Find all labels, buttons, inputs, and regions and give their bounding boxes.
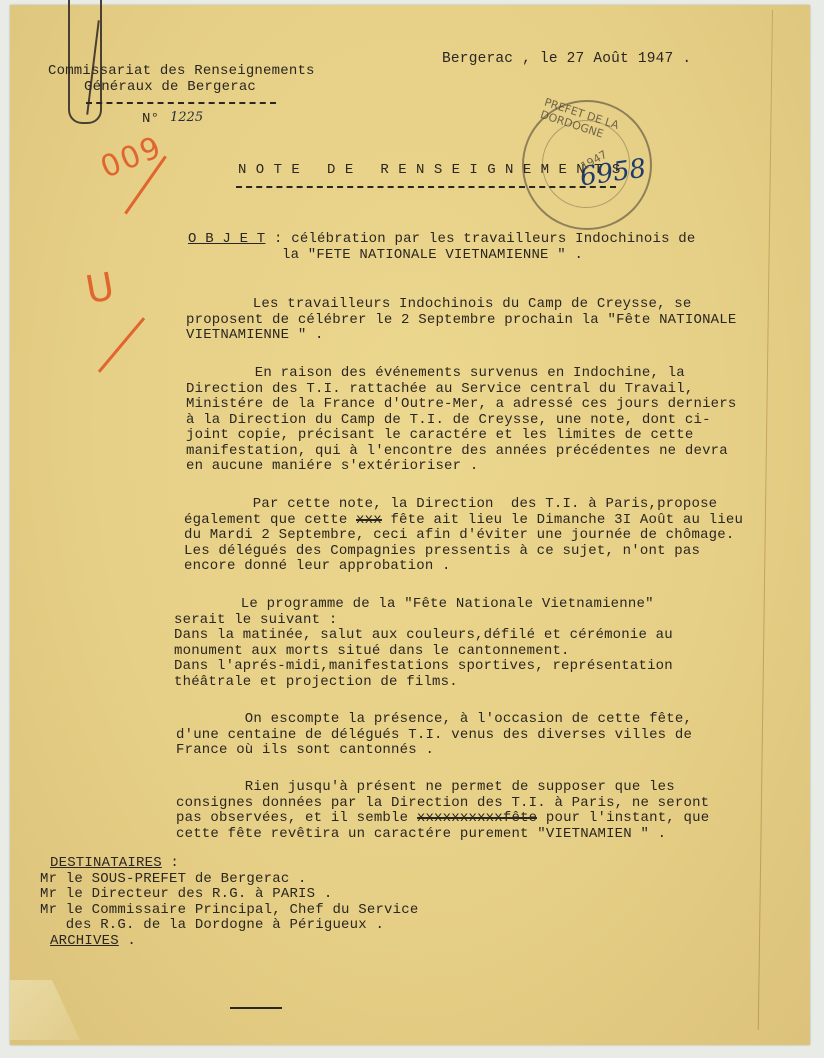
para3-line2-rest: fête ait lieu le Dimanche 3I Août au lie… (382, 512, 743, 528)
object-text-line2: la "FETE NATIONALE VIETNAMIENNE " . (282, 248, 583, 263)
object-colon: : (274, 231, 283, 247)
reference-number-label: N° (142, 112, 159, 127)
recipient-item: Mr le Commissaire Principal, Chef du Ser… (40, 903, 418, 918)
recipient-item: des R.G. de la Dordogne à Périgueux . (40, 918, 384, 933)
para2-line5: joint copie, précisant le caractére et l… (186, 428, 693, 443)
para4-line3: Dans la matinée, salut aux couleurs,défi… (174, 628, 673, 643)
para4-line6: théâtrale et projection de films. (174, 675, 458, 690)
recipients-heading-colon: : (162, 855, 179, 871)
reference-number-value: 1225 (170, 110, 203, 125)
object-label: O B J E T (188, 231, 265, 247)
header-divider (86, 102, 276, 104)
para2-line6: manifestation, qui à l'encontre des anné… (186, 444, 728, 459)
recipient-item: Mr le SOUS-PREFET de Bergerac . (40, 872, 307, 887)
recipients-heading-line: DESTINATAIRES : (50, 856, 179, 871)
para5-line2: d'une centaine de délégués T.I. venus de… (176, 728, 692, 743)
para6-line2: consignes données par la Direction des T… (176, 796, 709, 811)
para1-line3: VIETNAMIENNE " . (186, 328, 324, 343)
title-underline (236, 186, 616, 188)
para3-line5: encore donné leur approbation . (184, 559, 451, 574)
struck-out-text: xxx (356, 512, 382, 528)
archives-line: ARCHIVES . (50, 934, 136, 949)
para6-line3-start: pas observées, et il semble (176, 810, 408, 826)
para3-line2: également que cette xxx fête ait lieu le… (184, 513, 743, 528)
para4-line2: serait le suivant : (174, 613, 337, 628)
para1-line2: proposent de célébrer le 2 Septembre pro… (186, 313, 737, 328)
office-name-line1: Commissariat des Renseignements (48, 64, 315, 79)
place-and-date: Bergerac , le 27 Août 1947 . (442, 52, 691, 67)
recipient-item: Mr le Directeur des R.G. à PARIS . (40, 887, 332, 902)
document-title: N O T E D E R E N S E I G N E M E N T S (238, 163, 621, 178)
para2-line2: Direction des T.I. rattachée au Service … (186, 382, 693, 397)
closing-rule (230, 1007, 282, 1009)
para2-line7: en aucune maniére s'extérioriser . (186, 459, 478, 474)
para4-line1: Le programme de la "Fête Nationale Vietn… (172, 597, 654, 612)
para3-line3: du Mardi 2 Septembre, ceci afin d'éviter… (184, 528, 735, 543)
para6-line3: pas observées, et il semble xxxxxxxxxxfê… (176, 811, 709, 826)
para3-line2-start: également que cette (184, 512, 347, 528)
para3-line1: Par cette note, la Direction des T.I. à … (184, 497, 717, 512)
para1-line1: Les travailleurs Indochinois du Camp de … (184, 297, 691, 312)
para6-line3-rest: pour l'instant, que (537, 810, 709, 826)
para2-line4: à la Direction du Camp de T.I. de Creyss… (186, 413, 711, 428)
para5-line1: On escompte la présence, à l'occasion de… (176, 712, 692, 727)
para6-line1: Rien jusqu'à présent ne permet de suppos… (176, 780, 675, 795)
para3-line4: Les délégués des Compagnies pressentis à… (184, 544, 700, 559)
object-line1: O B J E T : célébration par les travaill… (188, 232, 696, 247)
para6-line4: cette fête revêtira un caractére puremen… (176, 827, 666, 842)
para2-line1: En raison des événements survenus en Ind… (186, 366, 685, 381)
office-name-line2: Généraux de Bergerac (84, 80, 256, 95)
para4-line5: Dans l'aprés-midi,manifestations sportiv… (174, 659, 673, 674)
para5-line3: France où ils sont cantonnés . (176, 743, 434, 758)
para4-line4: monument aux morts situé dans le cantonn… (174, 644, 570, 659)
archives-label: ARCHIVES (50, 933, 119, 949)
archives-suffix: . (119, 933, 136, 949)
para2-line3: Ministére de la France d'Outre-Mer, a ad… (186, 397, 737, 412)
struck-out-text-2: xxxxxxxxxxfête (417, 810, 537, 826)
object-text-line1: célébration par les travailleurs Indochi… (291, 231, 695, 247)
recipients-heading: DESTINATAIRES (50, 855, 162, 871)
paperclip-icon (68, 0, 102, 124)
